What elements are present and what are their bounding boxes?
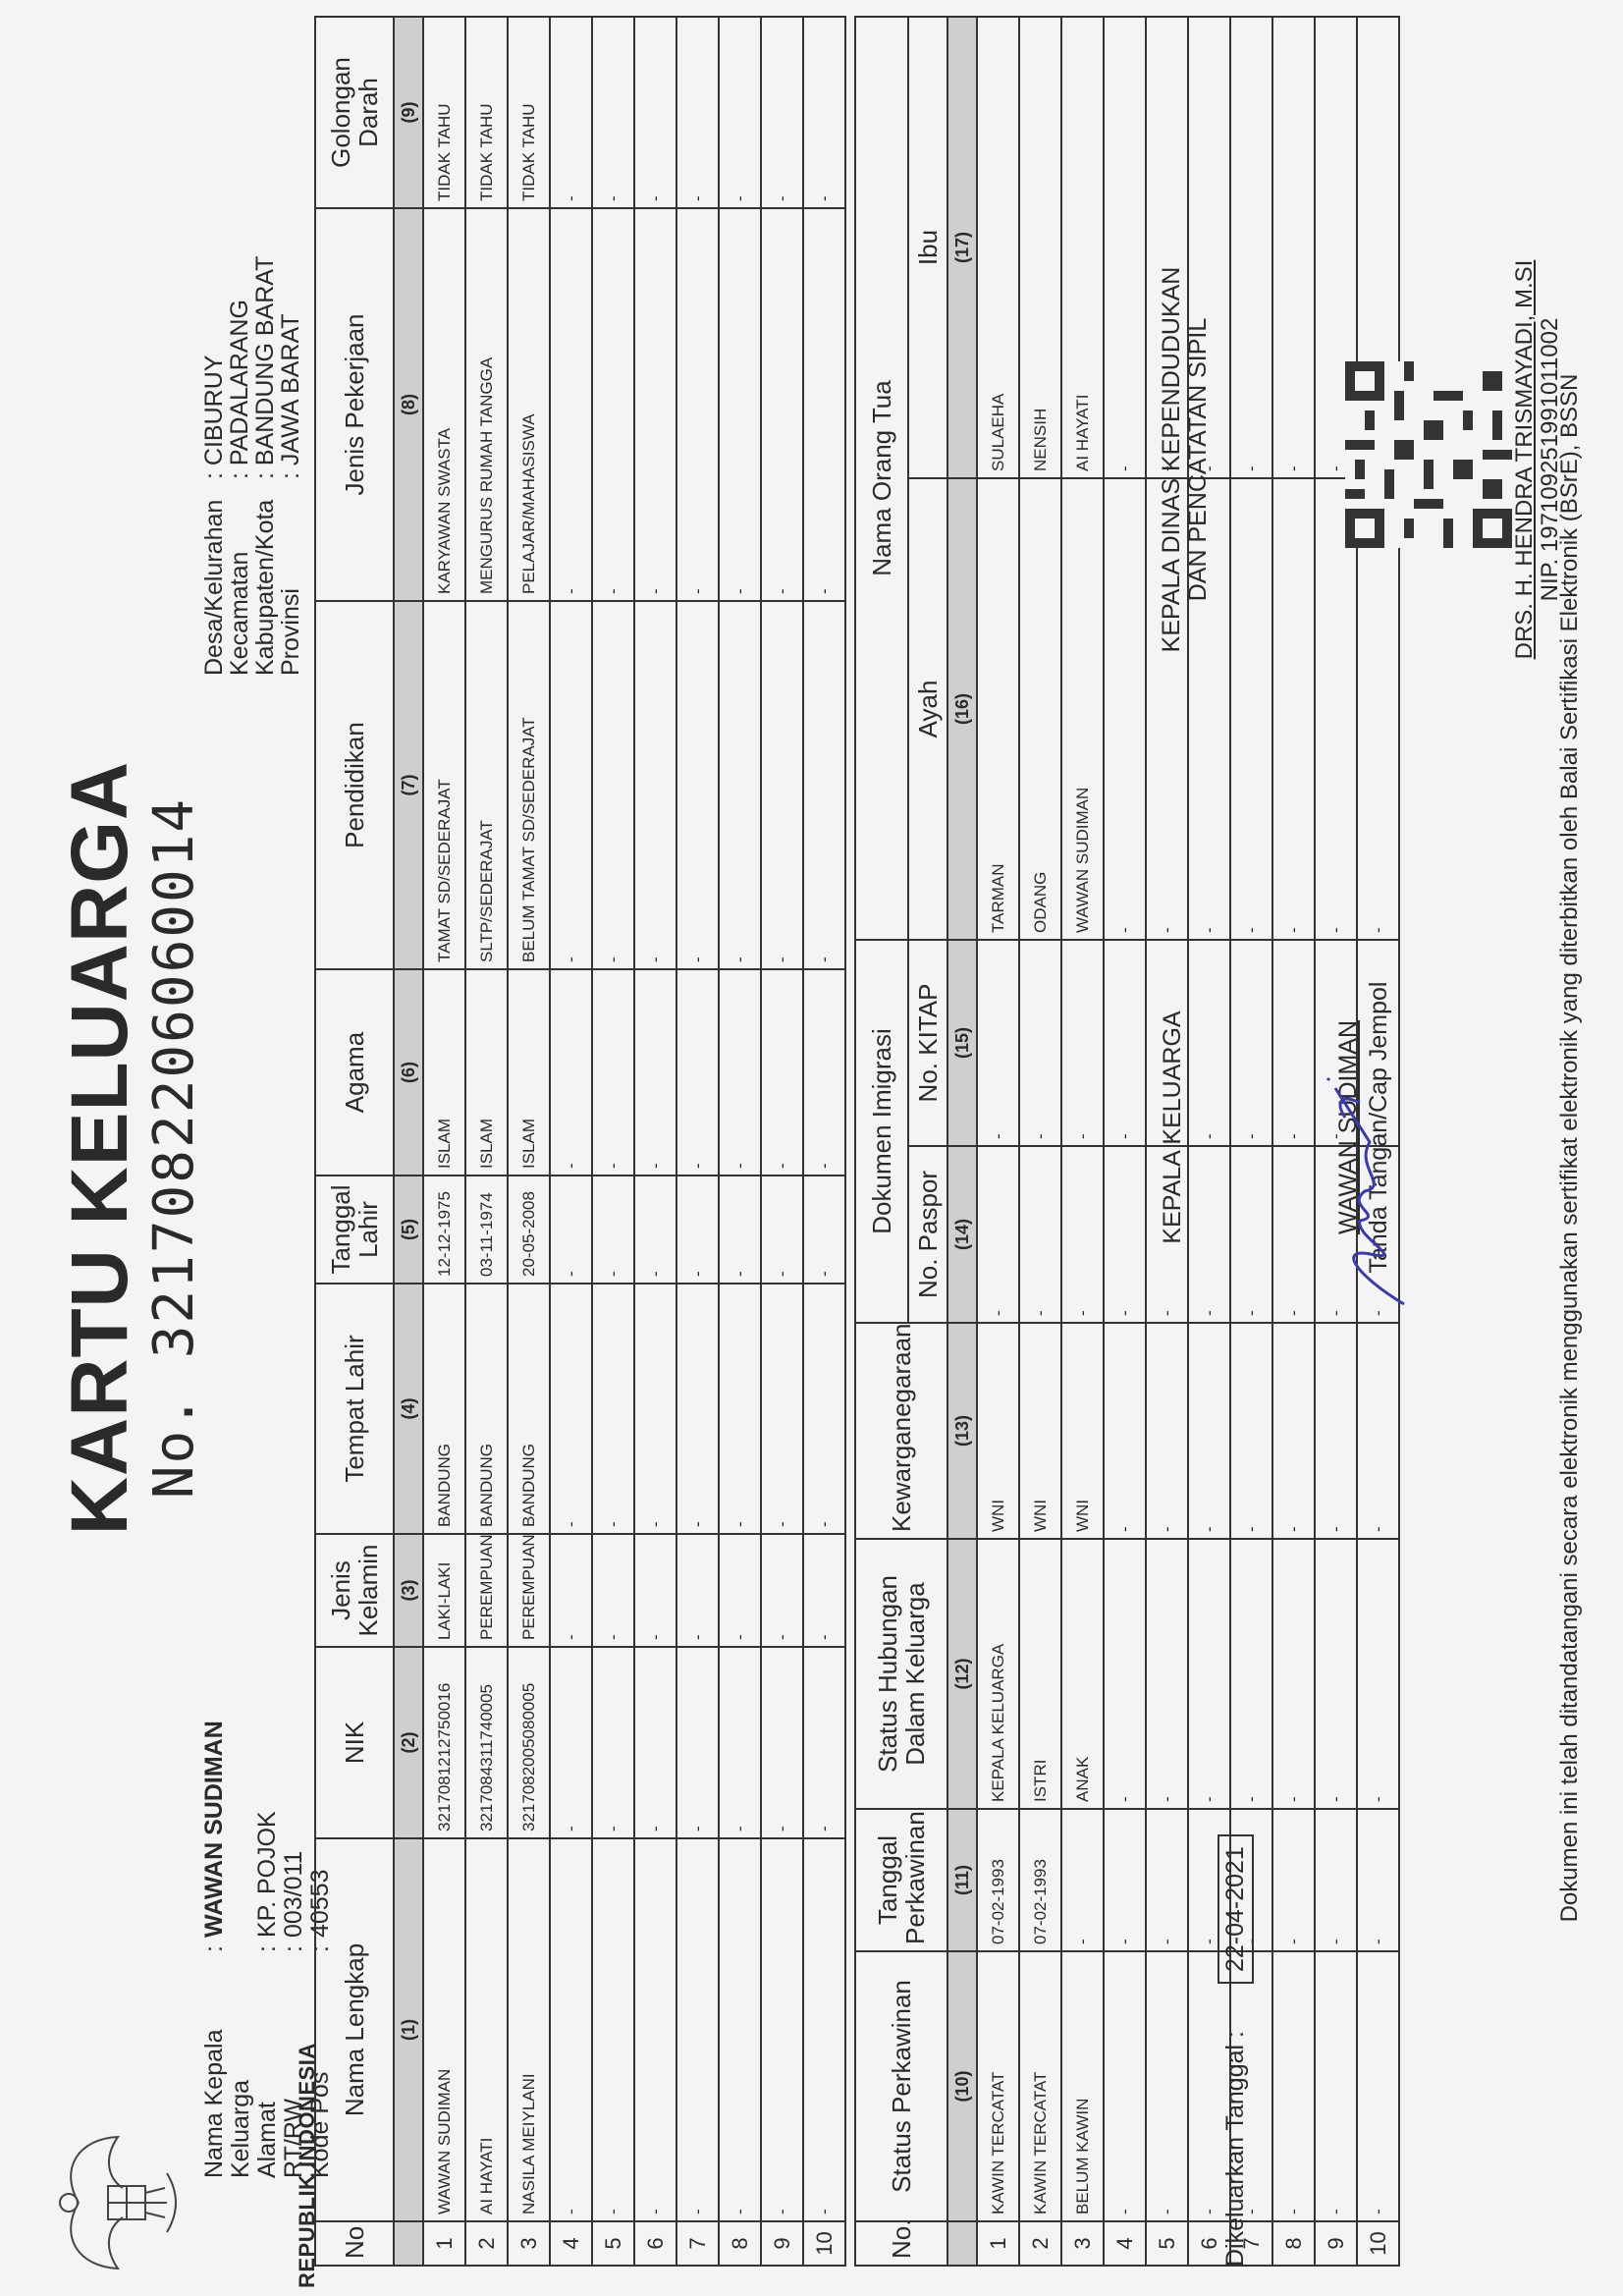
table-cell: - (719, 601, 761, 969)
table-cell: KAWIN TERCATAT (977, 1951, 1019, 2221)
label-rt-rw: RT/RW (281, 1952, 307, 2178)
table-cell: TIDAK TAHU (423, 17, 465, 208)
table-cell: - (1315, 1809, 1357, 1951)
table-row: 7--------- (676, 17, 719, 2266)
table-cell: 3 (1061, 2221, 1104, 2266)
label-kepala-keluarga: Nama Kepala Keluarga (201, 1952, 254, 2178)
table-cell: - (1019, 940, 1061, 1146)
table-row: 1WAWAN SUDIMAN3217081212750016LAKI-LAKIB… (423, 17, 465, 2266)
header-no: No. (855, 2221, 947, 2266)
header-col-3: Jenis Kelamin (315, 1534, 394, 1647)
table-cell: ODANG (1019, 478, 1061, 940)
table-cell: LAKI-LAKI (423, 1534, 465, 1647)
table-cell: BANDUNG (465, 1284, 508, 1534)
table-cell: 9 (1315, 2221, 1357, 2266)
table-cell: - (803, 17, 845, 208)
table-cell: BANDUNG (508, 1284, 550, 1534)
colnum-6: (6) (394, 969, 423, 1175)
table-cell: - (1357, 1809, 1399, 1951)
colnum-0 (947, 2221, 977, 2266)
table-cell: PEREMPUAN (508, 1534, 550, 1647)
colnum-8: (17) (947, 17, 977, 478)
table-row: 6--------- (634, 17, 676, 2266)
table-cell: - (719, 1175, 761, 1284)
table-cell: TAMAT SD/SEDERAJAT (423, 601, 465, 969)
table-cell: KAWIN TERCATAT (1019, 1951, 1061, 2221)
header-col-5: Tanggal Lahir (315, 1175, 394, 1284)
table-cell: - (592, 1647, 634, 1838)
colnum-9: (9) (394, 17, 423, 208)
table-cell: - (676, 1647, 719, 1838)
table-cell: 4 (550, 2221, 592, 2266)
table-row: 4--------- (550, 17, 592, 2266)
table-cell: BELUM TAMAT SD/SEDERAJAT (508, 601, 550, 969)
table-cell: - (803, 1284, 845, 1534)
table-cell: - (719, 17, 761, 208)
table-cell: - (761, 1647, 803, 1838)
table-cell: - (1357, 1539, 1399, 1809)
table-row: 4-------- (1104, 17, 1146, 2266)
table-cell: - (719, 208, 761, 601)
table-cell: 03-11-1974 (465, 1175, 508, 1284)
table-cell: 07-02-1993 (1019, 1809, 1061, 1951)
table-cell: - (592, 17, 634, 208)
table-cell: - (761, 1284, 803, 1534)
table2-header-row-1: No. Status Perkawinan Tanggal Perkawinan… (855, 17, 908, 2266)
table-cell: 3217084311740005 (465, 1647, 508, 1838)
table-cell: NASILA MEIYLANI (508, 1838, 550, 2221)
table-cell: - (761, 208, 803, 601)
colnum-2: (11) (947, 1809, 977, 1951)
table-cell: 9 (761, 2221, 803, 2266)
table-row: 8--------- (719, 17, 761, 2266)
region-info: Desa/Kelurahan: CIBURUY Kecamatan: PADAL… (201, 256, 303, 676)
table-cell: - (550, 969, 592, 1175)
table-cell: WAWAN SUDIMAN (423, 1838, 465, 2221)
table-cell: - (1019, 1146, 1061, 1323)
table-cell: WNI (1061, 1323, 1104, 1539)
value-rt-rw: 003/011 (281, 1851, 307, 1939)
table-cell: 5 (1146, 2221, 1188, 2266)
table-cell: WNI (1019, 1323, 1061, 1539)
table-cell: 10 (1357, 2221, 1399, 2266)
table-cell: - (634, 208, 676, 601)
colnum-8: (8) (394, 208, 423, 601)
qr-code-icon (1345, 361, 1512, 548)
table-cell: 8 (719, 2221, 761, 2266)
header-col-8: Jenis Pekerjaan (315, 208, 394, 601)
table-cell: - (1272, 17, 1315, 478)
table-cell: - (761, 601, 803, 969)
table-cell: - (977, 1146, 1019, 1323)
table-cell: - (550, 208, 592, 601)
colnum-0 (394, 2221, 423, 2266)
table-cell: - (634, 1284, 676, 1534)
value-kabupaten: BANDUNG BARAT (252, 256, 278, 465)
table-cell: - (550, 1175, 592, 1284)
electronic-signature-note: Dokumen ini telah ditandatangani secara … (1556, 0, 1584, 2296)
issued-date-block: Dikeluarkan Tanggal : 22-04-2021 (1217, 1834, 1254, 2267)
table-cell: 07-02-1993 (977, 1809, 1019, 1951)
table-cell: - (634, 1534, 676, 1647)
table-cell: 1 (423, 2221, 465, 2266)
table-cell: - (1146, 1809, 1188, 1951)
label-provinsi: Provinsi (278, 479, 303, 676)
table-cell: - (592, 1534, 634, 1647)
table-cell: - (761, 1175, 803, 1284)
colnum-5: (14) (947, 1146, 977, 1323)
table-cell: - (1104, 1323, 1146, 1539)
table-cell: - (550, 1284, 592, 1534)
table-cell: - (676, 1534, 719, 1647)
table-cell: - (634, 969, 676, 1175)
agency-title-line2: DAN PENCATATAN SIPIL (1185, 77, 1212, 843)
table-cell: - (719, 969, 761, 1175)
colnum-4: (4) (394, 1284, 423, 1534)
table-cell: - (719, 1838, 761, 2221)
table-cell: PEREMPUAN (465, 1534, 508, 1647)
table-cell: - (550, 17, 592, 208)
header-status-perkawinan: Status Perkawinan (855, 1951, 947, 2221)
value-desa: CIBURUY (201, 355, 227, 466)
table-cell: 1 (977, 2221, 1019, 2266)
table-cell: - (1230, 1539, 1272, 1809)
table-cell: 10 (803, 2221, 845, 2266)
table-cell: - (1315, 1951, 1357, 2221)
table-cell: 12-12-1975 (423, 1175, 465, 1284)
header-col-0: No (315, 2221, 394, 2266)
table-cell: - (634, 1838, 676, 2221)
table-cell: - (550, 1647, 592, 1838)
label-kabupaten: Kabupaten/Kota (252, 479, 278, 676)
header-col-7: Pendidikan (315, 601, 394, 969)
label-alamat: Alamat (254, 1952, 281, 2178)
table-cell: 3217081212750016 (423, 1647, 465, 1838)
header-ayah: Ayah (908, 478, 947, 940)
colnum-7: (7) (394, 601, 423, 969)
table-cell: NENSIH (1019, 17, 1061, 478)
table-cell: TIDAK TAHU (508, 17, 550, 208)
table-cell: SULAEHA (977, 17, 1019, 478)
table-cell: - (1272, 1539, 1315, 1809)
colnum-1: (1) (394, 1838, 423, 2221)
header-col-2: NIK (315, 1647, 394, 1838)
table-cell: - (550, 1838, 592, 2221)
table-cell: - (592, 601, 634, 969)
table1-column-number-row: (1)(2)(3)(4)(5)(6)(7)(8)(9) (394, 17, 423, 2266)
table-cell: - (550, 1534, 592, 1647)
table-cell: - (1061, 1809, 1104, 1951)
table-row: 2KAWIN TERCATAT07-02-1993ISTRIWNI--ODANG… (1019, 17, 1061, 2266)
colnum-3: (12) (947, 1539, 977, 1809)
value-alamat: KP. POJOK (254, 1811, 281, 1938)
table-cell: 8 (1272, 2221, 1315, 2266)
table-cell: MENGURUS RUMAH TANGGA (465, 208, 508, 601)
table-cell: - (1104, 478, 1146, 940)
header-col-1: Nama Lengkap (315, 1838, 394, 2221)
official-name: DRS. H. HENDRA TRISMAYADI, M.SI (1512, 77, 1538, 843)
table-row: 9--------- (761, 17, 803, 2266)
table-cell: - (1230, 17, 1272, 478)
table-cell: - (1315, 1539, 1357, 1809)
table-cell: - (803, 1534, 845, 1647)
table-cell: - (1104, 1951, 1146, 2221)
table-cell: 20-05-2008 (508, 1175, 550, 1284)
table-cell: 3217082005080005 (508, 1647, 550, 1838)
header-ibu: Ibu (908, 17, 947, 478)
table-cell: ISLAM (508, 969, 550, 1175)
table-cell: 6 (634, 2221, 676, 2266)
label-desa: Desa/Kelurahan (201, 479, 227, 676)
table-cell: - (803, 208, 845, 601)
table-cell: - (803, 969, 845, 1175)
header-col-6: Agama (315, 969, 394, 1175)
table-cell: - (592, 208, 634, 601)
colnum-7: (16) (947, 478, 977, 940)
table-cell: ISTRI (1019, 1539, 1061, 1809)
agency-title-line1: KEPALA DINAS KEPENDUDUKAN (1159, 77, 1185, 843)
header-no-paspor: No. Paspor (908, 1146, 947, 1323)
table-cell: - (1188, 1539, 1230, 1809)
table-cell: AI HAYATI (1061, 17, 1104, 478)
table-cell: 3 (508, 2221, 550, 2266)
table-cell: - (1104, 17, 1146, 478)
table-cell: - (1104, 1146, 1146, 1323)
table-cell: - (1061, 940, 1104, 1146)
table-cell: - (592, 1838, 634, 2221)
table-cell: - (1272, 1951, 1315, 2221)
table-cell: ANAK (1061, 1539, 1104, 1809)
family-head-title: KEPALA KELUARGA (1159, 784, 1187, 1471)
colnum-2: (2) (394, 1647, 423, 1838)
header-col-9: Golongan Darah (315, 17, 394, 208)
table-cell: - (1104, 940, 1146, 1146)
agency-signature-block: KEPALA DINAS KEPENDUDUKAN DAN PENCATATAN… (1159, 77, 1212, 843)
table-cell: - (803, 1175, 845, 1284)
value-provinsi: JAWA BARAT (278, 313, 303, 465)
table-cell: - (634, 17, 676, 208)
colnum-1: (10) (947, 1951, 977, 2221)
table-row: 2AI HAYATI3217084311740005PEREMPUANBANDU… (465, 17, 508, 2266)
header-no-kitap: No. KITAP (908, 940, 947, 1146)
family-members-table: NoNama LengkapNIKJenis KelaminTempat Lah… (314, 16, 846, 2267)
table-cell: - (803, 601, 845, 969)
table-cell: - (592, 1284, 634, 1534)
table-row: 10--------- (803, 17, 845, 2266)
table1-header-row: NoNama LengkapNIKJenis KelaminTempat Lah… (315, 17, 394, 2266)
table-cell: - (719, 1284, 761, 1534)
colnum-3: (3) (394, 1534, 423, 1647)
table-cell: - (550, 601, 592, 969)
table-cell: WNI (977, 1323, 1019, 1539)
value-kepala-keluarga: WAWAN SUDIMAN (201, 1721, 254, 1938)
table-cell: - (803, 1838, 845, 2221)
table-cell: - (634, 1647, 676, 1838)
table-cell: SLTP/SEDERAJAT (465, 601, 508, 969)
document-title: KARTU KELUARGA (54, 0, 146, 2296)
table-cell: PELAJAR/MAHASISWA (508, 208, 550, 601)
table-cell: - (676, 1838, 719, 2221)
table-cell: - (1104, 1539, 1146, 1809)
table-cell: - (977, 940, 1019, 1146)
table-cell: - (1272, 1809, 1315, 1951)
table-cell: WAWAN SUDIMAN (1061, 478, 1104, 940)
table-cell: 5 (592, 2221, 634, 2266)
table-cell: KARYAWAN SWASTA (423, 208, 465, 601)
table-cell: - (676, 208, 719, 601)
table-cell: - (1104, 1809, 1146, 1951)
table-cell: 4 (1104, 2221, 1146, 2266)
table-cell: - (761, 969, 803, 1175)
header-col-4: Tempat Lahir (315, 1284, 394, 1534)
colnum-4: (13) (947, 1323, 977, 1539)
label-kecamatan: Kecamatan (227, 479, 252, 676)
table-cell: - (1357, 1951, 1399, 2221)
header-nama-orang-tua: Nama Orang Tua (855, 17, 908, 940)
table-cell: BELUM KAWIN (1061, 1951, 1104, 2221)
table-cell: KEPALA KELUARGA (977, 1539, 1019, 1809)
table-cell: - (761, 1534, 803, 1647)
table-cell: - (1146, 1951, 1188, 2221)
table-cell: - (676, 1175, 719, 1284)
value-kecamatan: PADALARANG (227, 300, 252, 465)
header-status-hubungan: Status Hubungan Dalam Keluarga (855, 1539, 947, 1809)
table-cell: TARMAN (977, 478, 1019, 940)
table-cell: - (1146, 1539, 1188, 1809)
colnum-6: (15) (947, 940, 977, 1146)
table-cell: - (634, 1175, 676, 1284)
table-cell: - (719, 1534, 761, 1647)
table-cell: - (592, 969, 634, 1175)
table-cell: - (634, 601, 676, 969)
table-cell: ISLAM (465, 969, 508, 1175)
issued-date-value: 22-04-2021 (1217, 1834, 1254, 1984)
table-cell: AI HAYATI (465, 1838, 508, 2221)
header-kewarganegaraan: Kewarganegaraan (855, 1323, 947, 1539)
document-number: No. 3217082206060014 (142, 0, 206, 2296)
table-cell: - (676, 969, 719, 1175)
table-cell: 2 (465, 2221, 508, 2266)
table-cell: TIDAK TAHU (465, 17, 508, 208)
issued-date-label: Dikeluarkan Tanggal (1221, 2045, 1250, 2267)
table-row: 3BELUM KAWIN-ANAKWNI--WAWAN SUDIMANAI HA… (1061, 17, 1104, 2266)
table2-column-number-row: (10)(11)(12)(13)(14)(15)(16)(17) (947, 17, 977, 2266)
table-cell: - (676, 1284, 719, 1534)
table-cell: 7 (676, 2221, 719, 2266)
table-cell: - (761, 1838, 803, 2221)
header-dokumen-imigrasi: Dokumen Imigrasi (855, 940, 908, 1323)
table-cell: - (592, 1175, 634, 1284)
kartu-keluarga-document: REPUBLIK INDONESIA Nama Kepala Keluarga:… (0, 0, 1623, 2296)
table-cell: ISLAM (423, 969, 465, 1175)
header-tanggal-perkawinan: Tanggal Perkawinan (855, 1809, 947, 1951)
table-row: 5--------- (592, 17, 634, 2266)
table-cell: 2 (1019, 2221, 1061, 2266)
colnum-5: (5) (394, 1175, 423, 1284)
table-cell: - (1061, 1146, 1104, 1323)
table-row: 1KAWIN TERCATAT07-02-1993KEPALA KELUARGA… (977, 17, 1019, 2266)
table-cell: BANDUNG (423, 1284, 465, 1534)
table-cell: - (803, 1647, 845, 1838)
table-cell: - (676, 601, 719, 969)
table-cell: - (761, 17, 803, 208)
table-cell: - (676, 17, 719, 208)
table-cell: - (719, 1647, 761, 1838)
table-row: 3NASILA MEIYLANI3217082005080005PEREMPUA… (508, 17, 550, 2266)
handwritten-signature-icon (1316, 1068, 1443, 1314)
